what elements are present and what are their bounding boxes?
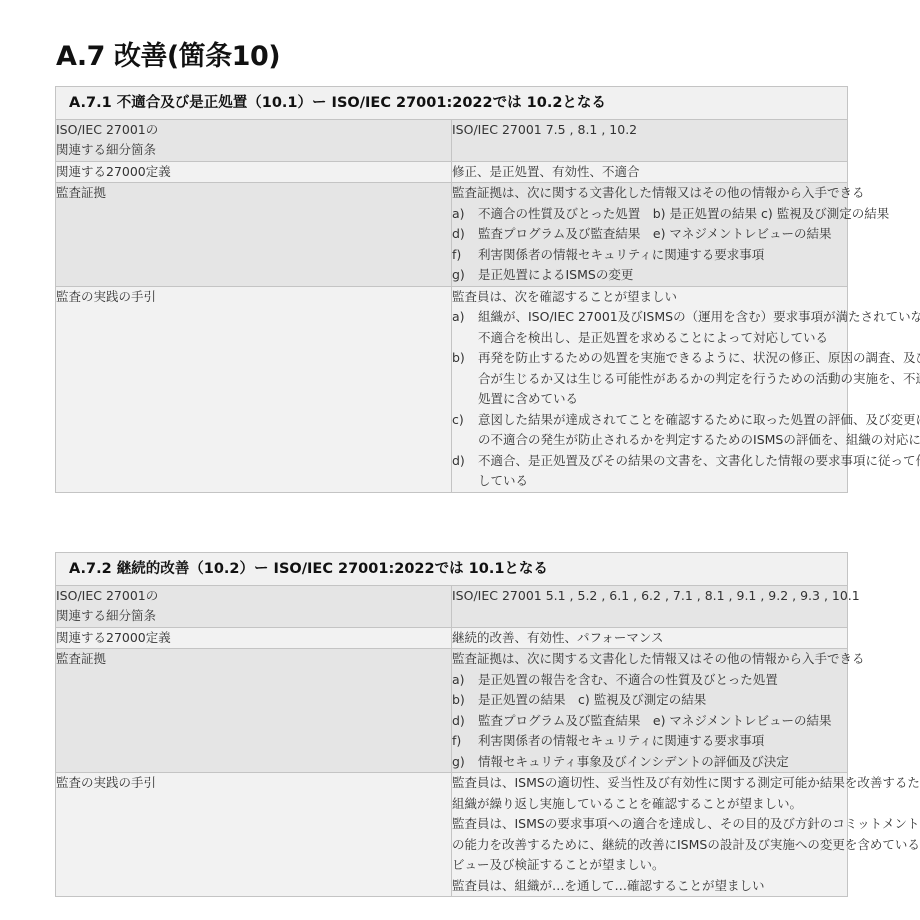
section-table-a-7-2: A.7.2 継続的改善（10.2）ー ISO/IEC 27001:2022では … xyxy=(55,552,848,897)
list-item: a) 組織が、ISO/IEC 27001及びISMSの（運用を含む）要求事項が満… xyxy=(452,307,847,348)
section-heading: A.7.1 不適合及び是正処置（10.1）ー ISO/IEC 27001:202… xyxy=(56,87,848,120)
table-row-evidence: 監査証拠 監査証拠は、次に関する文書化した情報又はその他の情報から入手できる a… xyxy=(56,649,848,773)
related-clauses-value: ISO/IEC 27001 5.1 , 5.2 , 6.1 , 6.2 , 7.… xyxy=(452,585,848,627)
guidance-content: 監査員は、ISMSの適切性、妥当性及び有効性に関する測定可能か結果を改善するため… xyxy=(452,773,848,897)
table-row-definitions: 関連する27000定義 継続的改善、有効性、パフォーマンス xyxy=(56,627,848,649)
list-item: a)是正処置の報告を含む、不適合の性質及びとった処置 xyxy=(452,670,847,691)
definitions-value: 継続的改善、有効性、パフォーマンス xyxy=(452,627,848,649)
list-item: g)是正処置によるISMSの変更 xyxy=(452,265,847,286)
evidence-content: 監査証拠は、次に関する文書化した情報又はその他の情報から入手できる a)不適合の… xyxy=(452,183,848,287)
list-item: b)是正処置の結果 c) 監視及び測定の結果 xyxy=(452,690,847,711)
row-label: 監査の実践の手引 xyxy=(56,286,452,492)
related-clauses-value: ISO/IEC 27001 7.5 , 8.1 , 10.2 xyxy=(452,119,848,161)
row-label: 監査証拠 xyxy=(56,649,452,773)
guidance-line: ビュー及び検証することが望ましい。 xyxy=(452,855,847,876)
evidence-intro: 監査証拠は、次に関する文書化した情報又はその他の情報から入手できる xyxy=(452,649,847,670)
list-item: d) 不適合、是正処置及びその結果の文書を、文書化した情報の要求事項に従って作成… xyxy=(452,451,847,492)
label-line: ISO/IEC 27001の xyxy=(56,120,451,141)
list-item: f)利害関係者の情報セキュリティに関連する要求事項 xyxy=(452,245,847,266)
evidence-content: 監査証拠は、次に関する文書化した情報又はその他の情報から入手できる a)是正処置… xyxy=(452,649,848,773)
table-row-guidance: 監査の実践の手引 監査員は、ISMSの適切性、妥当性及び有効性に関する測定可能か… xyxy=(56,773,848,897)
definitions-value: 修正、是正処置、有効性、不適合 xyxy=(452,161,848,183)
list-item: d)監査プログラム及び監査結果 e) マネジメントレビューの結果 xyxy=(452,711,847,732)
page-title: A.7 改善(箇条10) xyxy=(56,34,280,73)
guidance-line: 監査員は、組織が…を通して…確認することが望ましい xyxy=(452,876,847,897)
list-item: a)不適合の性質及びとった処置 b) 是正処置の結果 c) 監視及び測定の結果 xyxy=(452,204,847,225)
row-label: 監査の実践の手引 xyxy=(56,773,452,897)
row-label: ISO/IEC 27001の 関連する細分箇条 xyxy=(56,585,452,627)
section-table-a-7-1: A.7.1 不適合及び是正処置（10.1）ー ISO/IEC 27001:202… xyxy=(55,86,848,493)
list-item: b) 再発を防止するための処置を実施できるように、状況の修正、原因の調査、及び他… xyxy=(452,348,847,410)
guidance-intro: 監査員は、次を確認することが望ましい xyxy=(452,287,847,308)
table-row-evidence: 監査証拠 監査証拠は、次に関する文書化した情報又はその他の情報から入手できる a… xyxy=(56,183,848,287)
list-item: d)監査プログラム及び監査結果 e) マネジメントレビューの結果 xyxy=(452,224,847,245)
guidance-content: 監査員は、次を確認することが望ましい a) 組織が、ISO/IEC 27001及… xyxy=(452,286,848,492)
label-line: 関連する細分箇条 xyxy=(56,606,451,627)
evidence-intro: 監査証拠は、次に関する文書化した情報又はその他の情報から入手できる xyxy=(452,183,847,204)
guidance-line: 監査員は、ISMSの要求事項への適合を達成し、その目的及び方針のコミットメントを… xyxy=(452,814,847,835)
table-row-definitions: 関連する27000定義 修正、是正処置、有効性、不適合 xyxy=(56,161,848,183)
list-item: f)利害関係者の情報セキュリティに関連する要求事項 xyxy=(452,731,847,752)
row-label: ISO/IEC 27001の 関連する細分箇条 xyxy=(56,119,452,161)
row-label: 監査証拠 xyxy=(56,183,452,287)
table-row-guidance: 監査の実践の手引 監査員は、次を確認することが望ましい a) 組織が、ISO/I… xyxy=(56,286,848,492)
table-row-related-clauses: ISO/IEC 27001の 関連する細分箇条 ISO/IEC 27001 5.… xyxy=(56,585,848,627)
row-label: 関連する27000定義 xyxy=(56,161,452,183)
guidance-line: 組織が繰り返し実施していることを確認することが望ましい。 xyxy=(452,794,847,815)
table-row-related-clauses: ISO/IEC 27001の 関連する細分箇条 ISO/IEC 27001 7.… xyxy=(56,119,848,161)
list-item: g)情報セキュリティ事象及びインシデントの評価及び決定 xyxy=(452,752,847,773)
list-item: c) 意図した結果が達成されてことを確認するために取った処置の評価、及び変更によ… xyxy=(452,410,847,451)
label-line: ISO/IEC 27001の xyxy=(56,586,451,607)
section-heading: A.7.2 継続的改善（10.2）ー ISO/IEC 27001:2022では … xyxy=(56,553,848,586)
row-label: 関連する27000定義 xyxy=(56,627,452,649)
guidance-line: 監査員は、ISMSの適切性、妥当性及び有効性に関する測定可能か結果を改善するため… xyxy=(452,773,847,794)
guidance-line: の能力を改善するために、継続的改善にISMSの設計及び実施への変更を含めているこ… xyxy=(452,835,847,856)
label-line: 関連する細分箇条 xyxy=(56,140,451,161)
